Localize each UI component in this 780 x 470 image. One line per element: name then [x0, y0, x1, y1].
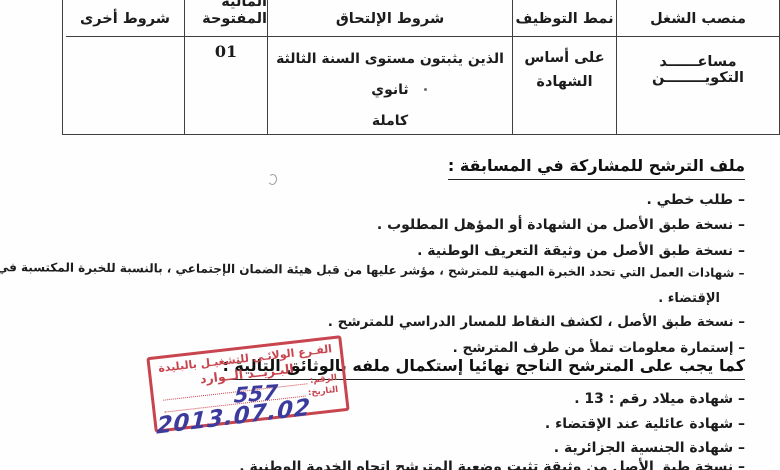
header-label: المالية المفتوحة: [185, 0, 267, 28]
table-header-mode: نمط التوظيف: [512, 0, 616, 37]
cell-value: على أساس: [513, 46, 616, 70]
table-header-open-posts: عدد المناصب المالية المفتوحة: [184, 0, 267, 37]
list-item: – نسخة طبق الأصل ، لكشف النقاط للمسار ال…: [328, 314, 745, 330]
table-header-conditions: شروط الإلتحاق: [267, 0, 512, 37]
cell-value: 01: [215, 42, 237, 61]
stamp-number-label: الرقم:: [309, 373, 337, 386]
header-label: شروط أخرى: [80, 11, 170, 28]
list-item: – طلب خطي .: [646, 192, 745, 208]
cell-value: مساعــــــد التكويــــــــن: [652, 54, 744, 86]
section-title-candidacy-file: ملف الترشح للمشاركة في المسابقة :: [448, 156, 745, 180]
list-item: – نسخة طبق الأصل من الشهادة أو المؤهل ال…: [377, 217, 745, 233]
scan-artifact: [424, 88, 427, 91]
cell-other: [66, 37, 184, 134]
cell-value: كاملة: [268, 106, 512, 137]
list-item-continuation: الإقتضاء .: [658, 291, 720, 306]
header-label: منصب الشغل: [650, 11, 746, 28]
list-item: – شهادات العمل التي تحدد الخبرة المهنية …: [0, 259, 745, 280]
cell-position: مساعــــــد التكويــــــــن: [616, 37, 779, 134]
table-header-other: شروط أخرى: [66, 0, 184, 37]
list-item: – نسخة طبق الأصل من وثيقة التعريف الوطني…: [417, 243, 745, 259]
list-item: – شهادة عائلية عند الإقتضاء .: [545, 416, 745, 432]
scan-artifact: [267, 173, 277, 185]
header-label: نمط التوظيف: [516, 11, 614, 28]
cell-open-posts: 01: [184, 37, 267, 134]
cell-mode: على أساس الشهادة: [512, 37, 616, 134]
job-table: منصب الشغل نمط التوظيف شروط الإلتحاق عدد…: [62, 0, 780, 135]
list-item: – إستمارة معلومات تملأ من طرف المترشح .: [453, 340, 745, 356]
cell-value: الذين يثبتون مستوى السنة الثالثة ثانوي: [268, 44, 512, 106]
incoming-mail-stamp: الفـرع الولائـي للتشغيـل بالبليدة البـري…: [142, 332, 382, 470]
cell-value: الشهادة: [513, 70, 616, 94]
cell-conditions: الذين يثبتون مستوى السنة الثالثة ثانوي ك…: [267, 37, 512, 134]
header-label: شروط الإلتحاق: [336, 11, 444, 28]
table-header-position: منصب الشغل: [616, 0, 779, 37]
list-item: – شهادة ميلاد رقم : 13 .: [574, 391, 745, 407]
stamp-date-label: التاريخ:: [307, 385, 338, 398]
list-item: – شهادة الجنسية الجزائرية .: [554, 440, 745, 456]
scanned-document-page: منصب الشغل نمط التوظيف شروط الإلتحاق عدد…: [0, 0, 780, 470]
